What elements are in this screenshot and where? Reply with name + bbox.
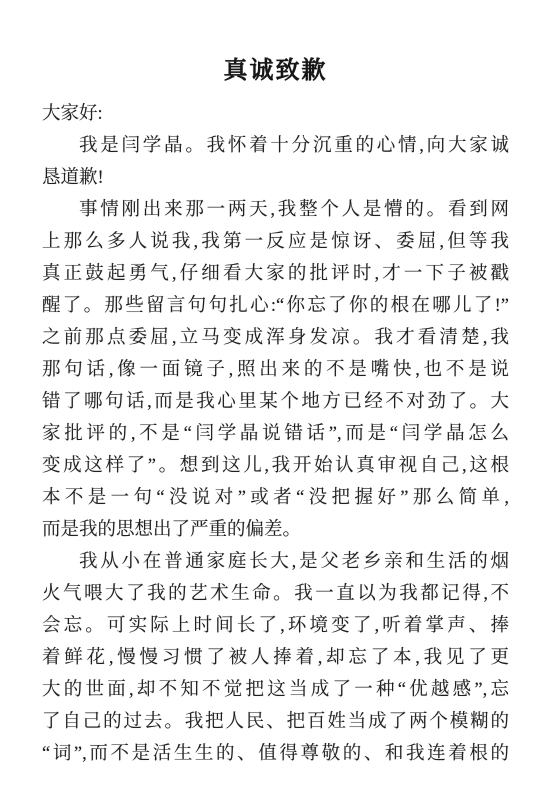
text-line: 火气喂大了我的艺术生命。我一直以为我都记得,不 (42, 578, 509, 610)
text-line: 了自己的过去。我把人民、把百姓当成了两个模糊的 (42, 706, 509, 738)
text-line-salutation: 大家好: (42, 98, 509, 130)
document-page: 真诚致歉 大家好: 我是闫学晶。我怀着十分沉重的心情,向大家诚 恳道歉! 事情刚… (0, 0, 551, 800)
text-line: 变成这样了”。想到这儿,我开始认真审视自己,这根 (42, 450, 509, 482)
text-line: 本不是一句“没说对”或者“没把握好”那么简单, (42, 482, 509, 514)
text-line: 大的世面,却不知不觉把这当成了一种“优越感”,忘 (42, 674, 509, 706)
text-line: 我从小在普通家庭长大,是父老乡亲和生活的烟 (42, 546, 509, 578)
text-line: 醒了。那些留言句句扎心:“你忘了你的根在哪儿了!” (42, 290, 509, 322)
document-body: 大家好: 我是闫学晶。我怀着十分沉重的心情,向大家诚 恳道歉! 事情刚出来那一两… (42, 98, 509, 770)
document-title: 真诚致歉 (0, 58, 551, 84)
text-line: 事情刚出来那一两天,我整个人是懵的。看到网 (42, 194, 509, 226)
text-line: 我是闫学晶。我怀着十分沉重的心情,向大家诚 (42, 130, 509, 162)
text-line: 之前那点委屈,立马变成浑身发凉。我才看清楚,我 (42, 322, 509, 354)
text-line: “词”,而不是活生生的、值得尊敬的、和我连着根的 (42, 738, 509, 770)
text-line: 而是我的思想出了严重的偏差。 (42, 514, 509, 546)
text-line: 那句话,像一面镜子,照出来的不是嘴快,也不是说 (42, 354, 509, 386)
text-line: 上那么多人说我,我第一反应是惊讶、委屈,但等我 (42, 226, 509, 258)
text-line: 错了哪句话,而是我心里某个地方已经不对劲了。大 (42, 386, 509, 418)
text-line: 真正鼓起勇气,仔细看大家的批评时,才一下子被戳 (42, 258, 509, 290)
text-line: 恳道歉! (42, 162, 509, 194)
text-line: 着鲜花,慢慢习惯了被人捧着,却忘了本,我见了更 (42, 642, 509, 674)
text-line: 会忘。可实际上时间长了,环境变了,听着掌声、捧 (42, 610, 509, 642)
text-line: 家批评的,不是“闫学晶说错话”,而是“闫学晶怎么 (42, 418, 509, 450)
